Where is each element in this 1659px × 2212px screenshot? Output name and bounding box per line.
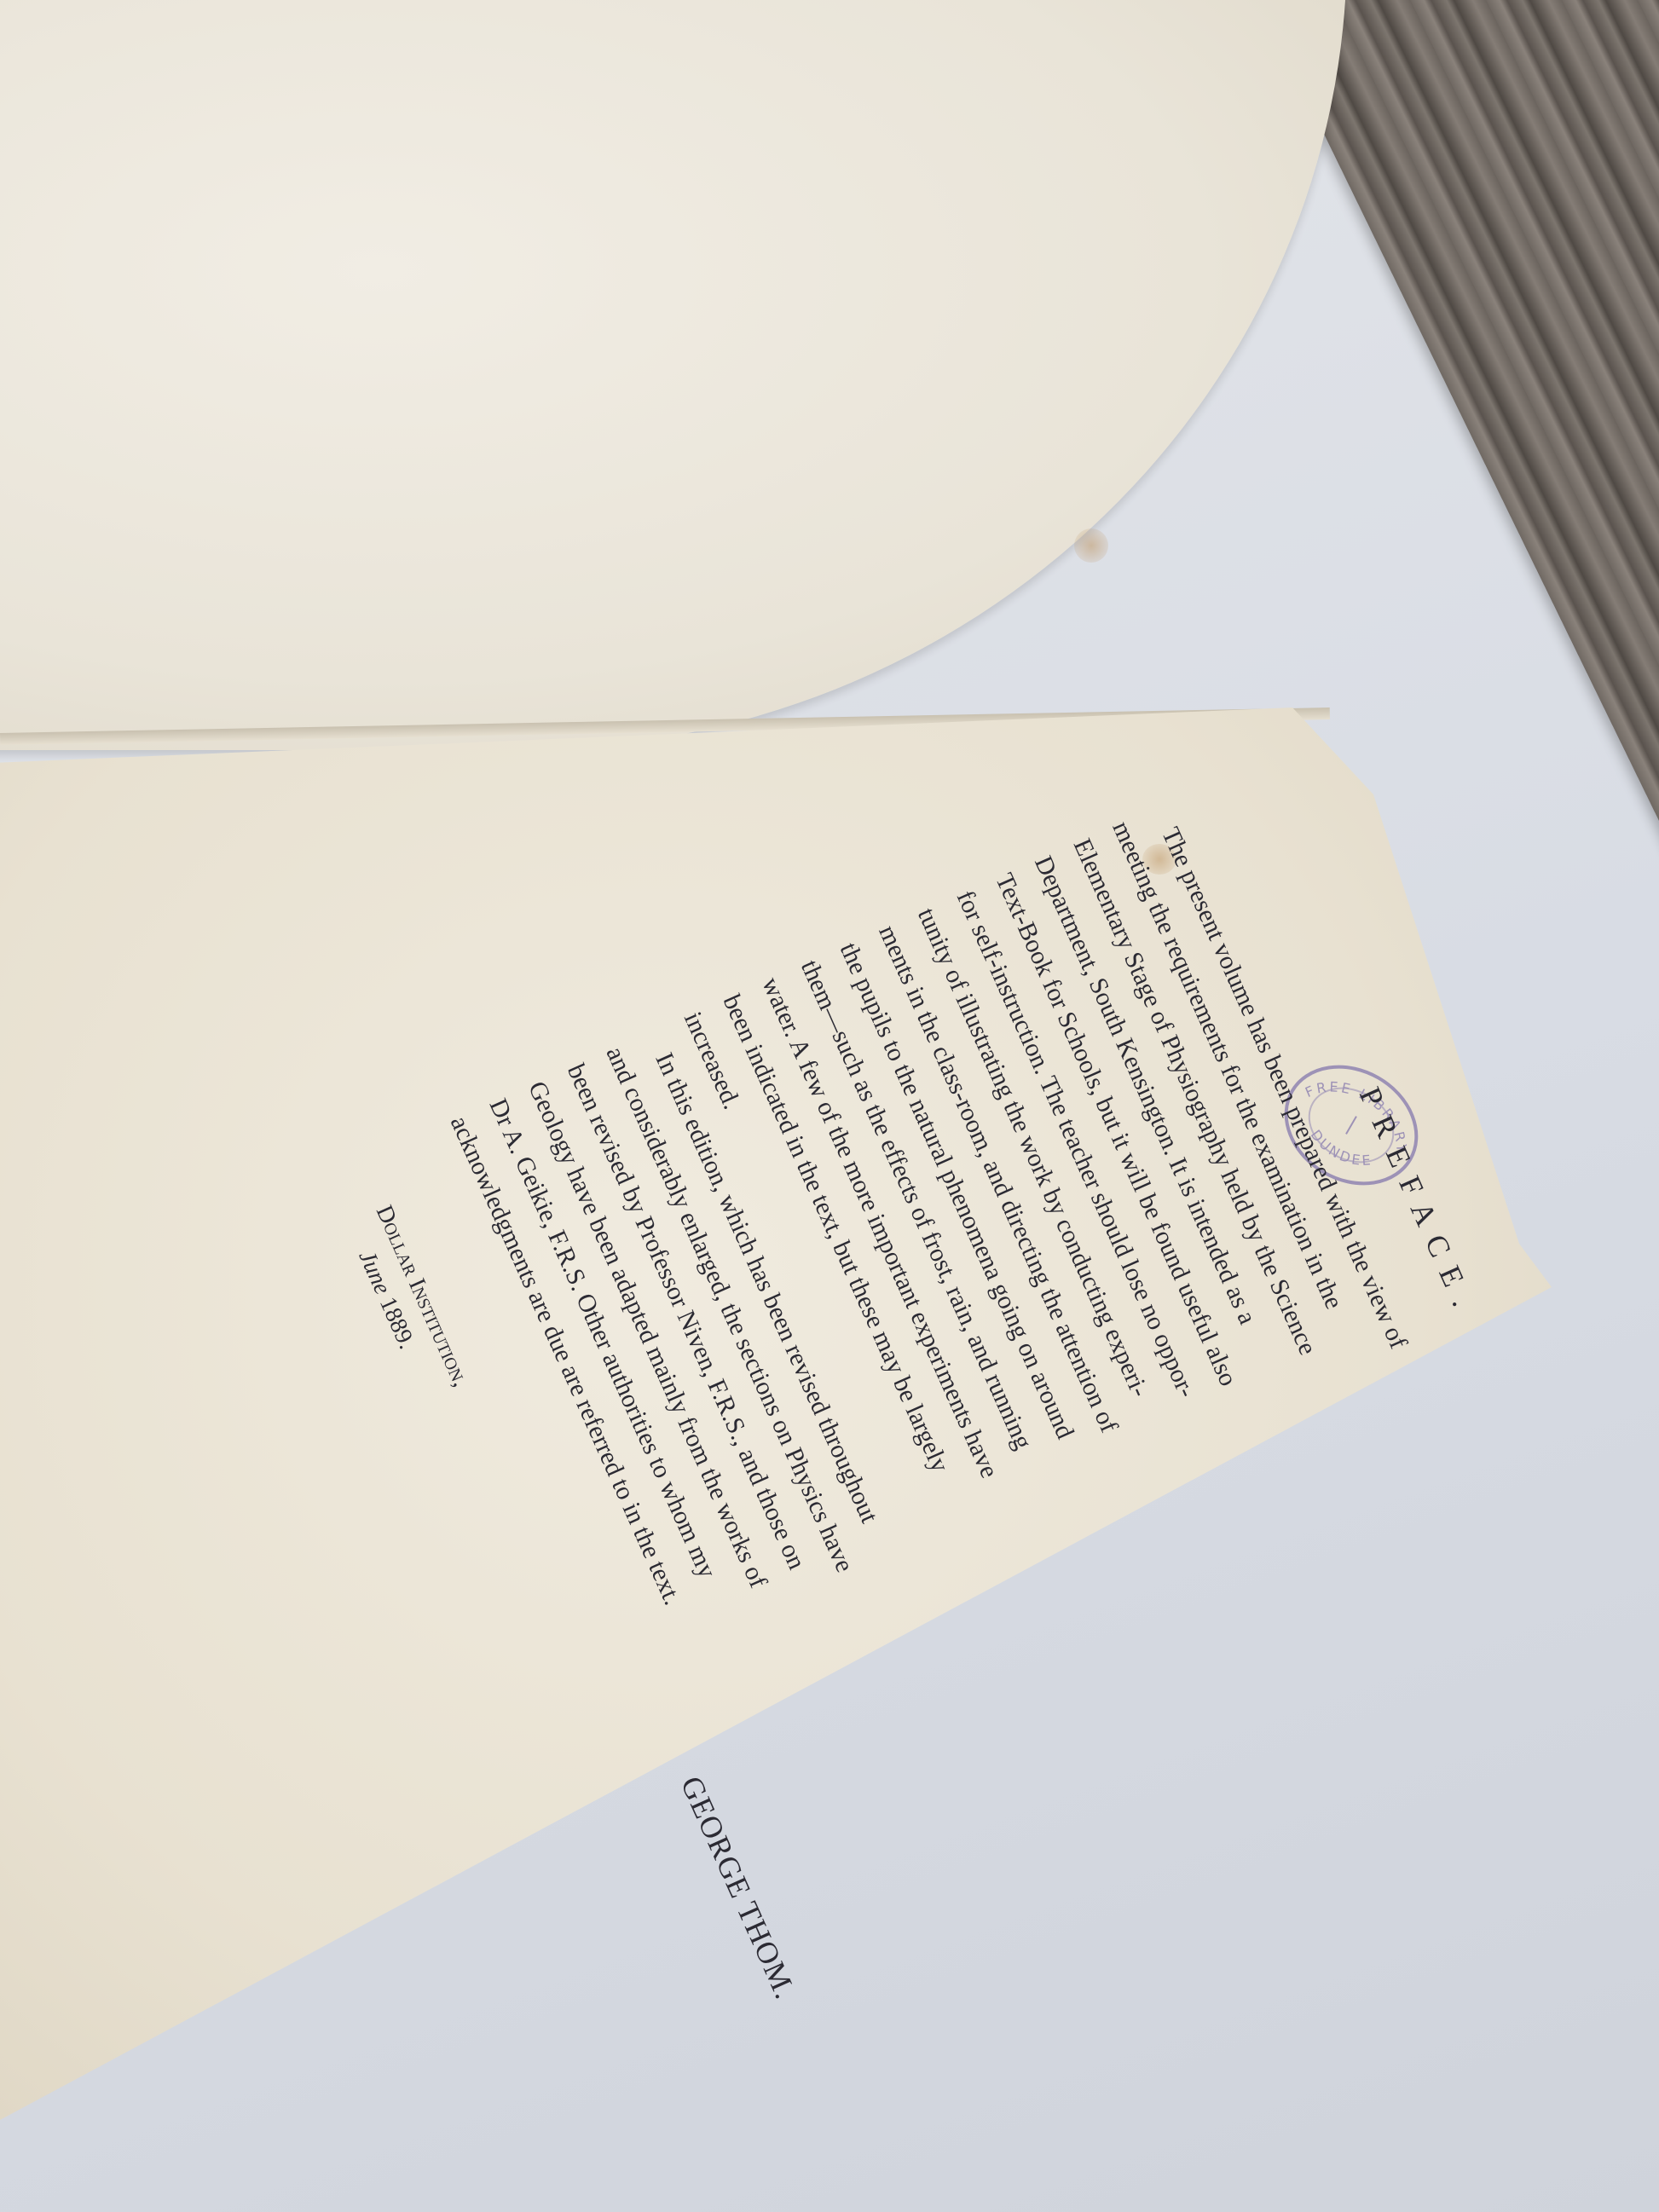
foxing-spot — [1074, 528, 1108, 563]
photo-scene: FREE LIBRARY DUNDEE PREFACE. The present… — [0, 0, 1659, 2212]
